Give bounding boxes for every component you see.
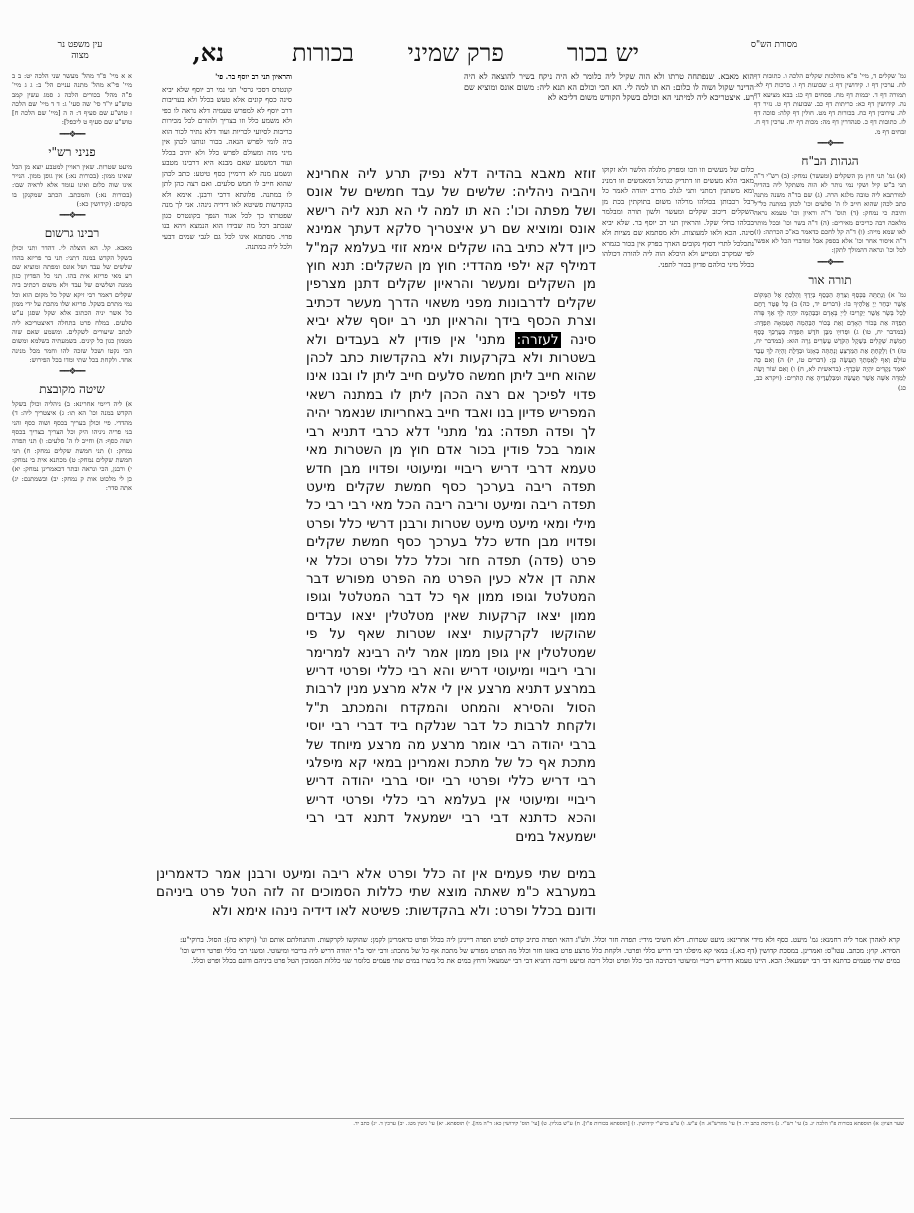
ornament-divider: ━━❖━━: [754, 258, 906, 268]
gemara-main-text: זוזא מאבא בהדיה דלא נפיק תרע ליה אחרינא …: [306, 165, 596, 846]
rashi-bottom-continuation: קרא לאהרן אמר ליה רחמנא: גמ' מיעט. כסף ו…: [180, 935, 900, 967]
right-margin: גמ' שקלים ד, מיי' פ"א מהלכות שקלים הלכה …: [754, 72, 906, 1132]
tosafot-commentary: והראיון תני רב יוסף בר. פי' קונטרס דסכי …: [162, 72, 292, 872]
hagahot-habach-heading: הגהות הב"ח: [754, 153, 906, 169]
rashi-top-commentary: הוא מאבא. שנפתחה טרתו ולא הוה שקיל ליה כ…: [464, 72, 754, 104]
tractate-name: בכורות: [292, 40, 354, 66]
rabbeinu-gershom-text: מאבא. קל. הא הוצלה לי. דהדר ותני וכולן ב…: [12, 244, 132, 365]
tosafot-heading: והראיון תני רב יוסף בר. פי': [215, 72, 292, 81]
penei-rashi-heading: פניני רש"י: [12, 144, 132, 160]
torah-or-text: גמ' א) וְנָתַתָּה בַּכָּסֶף וְצַרְתָּ הַ…: [754, 291, 906, 393]
ornament-divider: ━━❖━━: [12, 367, 132, 377]
page-footnotes: שער הציון: א) תוספתא בכורות פ"ו הלכה יג.…: [10, 1118, 904, 1128]
chapter-name: יש בכור: [567, 40, 639, 66]
page-header: מסורת הש"ס יש בכור פרק שמיני בכורות נא, …: [0, 40, 914, 70]
ein-mishpat-text: א א מיי' פ"ד מהל' מעשר שני הלכה יט: ב ב …: [12, 72, 132, 128]
masoret-hashas-text: גמ' שקלים ד, מיי' פ"א מהלכות שקלים הלכה …: [754, 72, 906, 137]
gemara-text-after: מתני' אין פודין לא בעבדים ולא בשטרות ולא…: [306, 332, 596, 845]
masoret-hashas-label: מסורת הש"ס: [744, 40, 804, 51]
left-margin: א א מיי' פ"ד מהל' מעשר שני הלכה יט: ב ב …: [12, 72, 132, 1142]
tosafot-text: קונטרס דסכי גרסי' תני נמי רב יוסף שלא יב…: [162, 85, 292, 253]
rabbeinu-gershom-heading: רבינו גרשום: [12, 225, 132, 241]
talmud-page: מסורת הש"ס יש בכור פרק שמיני בכורות נא, …: [0, 0, 914, 1213]
chapter-number: פרק שמיני: [408, 40, 504, 66]
torah-or-heading: תורה אור: [754, 272, 906, 288]
selected-text-highlight[interactable]: לעזרה:: [515, 332, 561, 348]
ornament-divider: ━━❖━━: [754, 139, 906, 149]
rashi-commentary: כלום של מעשים וזו וזכו ומפרק מלגלה הלשר …: [602, 165, 754, 925]
gemara-text-before: זוזא מאבא בהדיה דלא נפיק תרע ליה אחרינא …: [306, 166, 596, 348]
shita-mekubetzet-heading: שיטה מקובצת: [12, 381, 132, 397]
folio-number: נא,: [192, 40, 224, 66]
hagahot-habach-text: (א) גמ' תני חוץ מן השקלים (ומעשר) נמחק: …: [754, 172, 906, 256]
ein-mishpat-label: עין משפט נר מצוה: [50, 40, 110, 62]
shita-mekubetzet-text: א) ליה דיימי אחרינא: ב) ניהליה וכולן בשק…: [12, 400, 132, 493]
ornament-divider: ━━❖━━: [12, 130, 132, 140]
rashi-text: כלום של מעשים וזו וזכו ומפרק מלגלה הלשר …: [602, 165, 754, 270]
gemara-wide-text: במים שתי פעמים אין זה כלל ופרט אלא ריבה …: [156, 865, 596, 920]
penei-rashi-text: מיעט שטרות. שאין ראויין למטבע יוצא מן הכ…: [12, 163, 132, 209]
ornament-divider: ━━❖━━: [12, 211, 132, 221]
